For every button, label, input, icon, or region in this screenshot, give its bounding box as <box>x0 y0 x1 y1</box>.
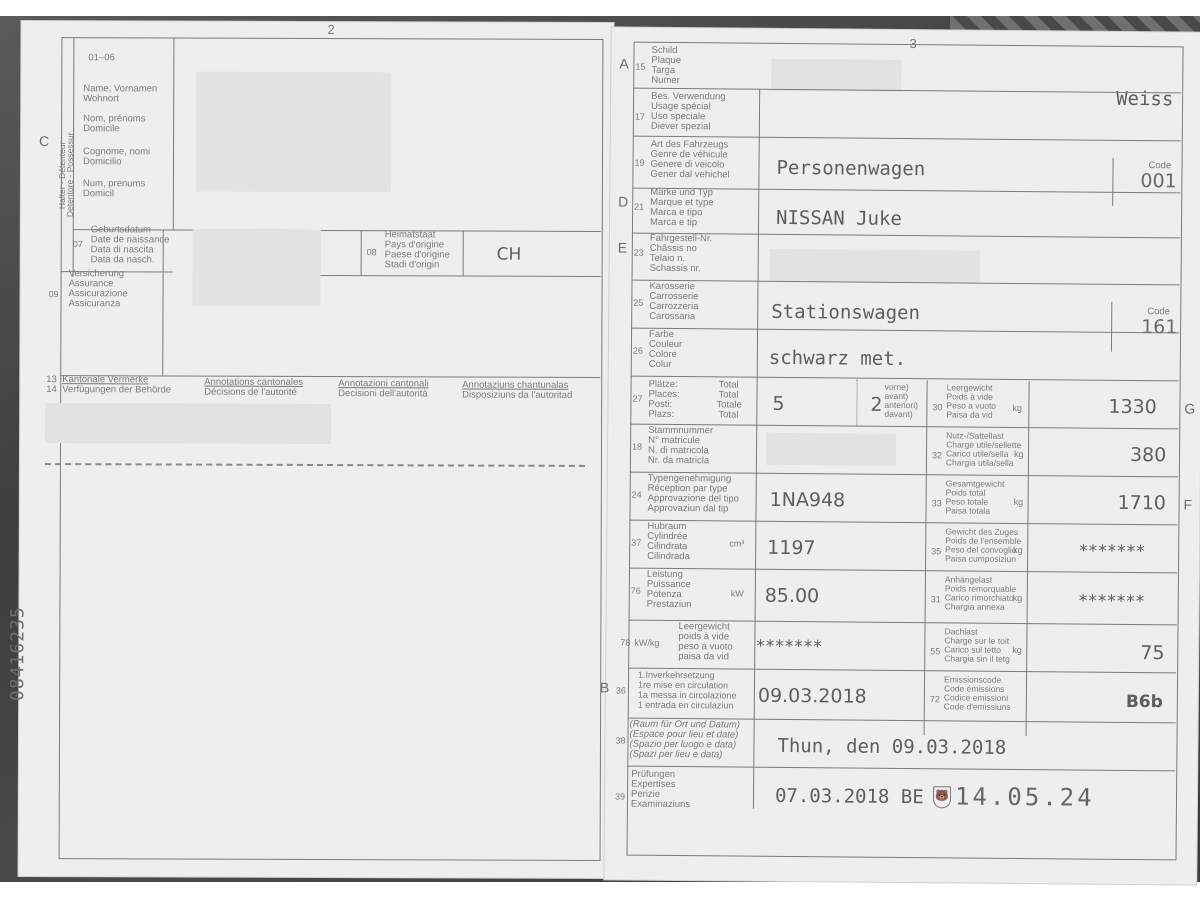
name-value-redacted <box>196 72 391 193</box>
chassis-number: 23 <box>634 248 644 258</box>
empty-weight-unit: kg <box>1012 403 1022 413</box>
seats-front-rm: davant) <box>884 409 912 420</box>
plate-value-redacted <box>771 59 901 92</box>
annotations-sub-fr: Décisions de l'autorité <box>204 388 297 399</box>
annotations-sub-it: Decisioni dell'autorità <box>338 389 428 400</box>
emission-code-value: B6b <box>1126 692 1163 712</box>
trailer-load-label-rm: Chargia annexa <box>945 601 1005 612</box>
empty-weight-number: 30 <box>932 402 942 412</box>
type-approval-label-rm: Approvaziun dal tip <box>647 504 728 515</box>
side-letter-g: G <box>1184 400 1195 416</box>
annotations-number-14: 14 <box>46 385 57 396</box>
total-weight-number: 33 <box>932 498 942 508</box>
divider <box>361 230 362 275</box>
origin-value: CH <box>497 245 522 265</box>
inspection-stamp-date: 14.05.24 <box>955 782 1095 811</box>
inspections-value: 07.03.2018 BE <box>775 785 924 808</box>
make-model-number: 21 <box>634 202 644 212</box>
page-number: 2 <box>327 22 334 37</box>
plate-label-rm: Numer <box>651 76 680 87</box>
seats-total-rm: Total <box>718 410 738 421</box>
birthdate-label-rm: Data da nasch. <box>91 255 155 266</box>
body-code: 161 <box>1141 316 1177 338</box>
type-approval-number: 24 <box>632 490 642 500</box>
displacement-value: 1197 <box>767 537 816 559</box>
trailer-load-value: ******* <box>1079 592 1146 613</box>
displacement-number: 37 <box>631 538 641 548</box>
section-letter-a: A <box>619 56 628 72</box>
name-label-it2: Domicilio <box>83 157 122 168</box>
total-weight-unit: kg <box>1014 497 1024 507</box>
place-date-value: Thun, den 09.03.2018 <box>777 735 1006 759</box>
bern-bear-stamp-icon: 🐻 <box>933 786 951 808</box>
serial-number: 08416235 <box>7 606 28 701</box>
birthdate-number: 07 <box>73 239 83 249</box>
side-letter-f: F <box>1184 496 1193 512</box>
first-registration-value: 09.03.2018 <box>758 685 867 708</box>
power-value: 85.00 <box>765 585 820 607</box>
origin-label-rm: Stadi d'origin <box>385 260 440 271</box>
trailer-load-unit: kg <box>1013 593 1023 603</box>
master-number-number: 18 <box>632 442 642 452</box>
make-model-value: NISSAN Juke <box>776 207 902 230</box>
power-number: 76 <box>631 586 641 596</box>
type-approval-value: 1NA948 <box>770 489 846 512</box>
body-value: Stationswagen <box>771 301 920 324</box>
section-letter-b: B <box>600 679 609 695</box>
power-label-rm: Prestaziun <box>647 600 692 611</box>
code-range: 01–06 <box>88 53 114 64</box>
origin-number: 08 <box>367 247 377 257</box>
inspections-label-rm: Examinaziuns <box>631 800 690 811</box>
insurance-label-rm: Assicuranza <box>68 299 120 310</box>
seats-value: 5 <box>772 393 784 415</box>
vehicle-type-label-rm: Gener dal vehichel <box>650 170 729 181</box>
holder-vertical-label-2: Detentore - Possessur <box>65 133 76 218</box>
empty-weight-value: 1330 <box>1108 396 1157 418</box>
trailer-load-number: 31 <box>931 594 941 604</box>
seats-front-value: 2 <box>870 394 882 416</box>
body-label-rm: Carossaria <box>649 312 695 323</box>
right-page: 3 A 15 Schild Plaque Targa Numer Weiss 1… <box>604 27 1200 884</box>
annotations-sub-rm: Disposiziuns da l'autoritad <box>462 391 572 402</box>
total-weight-label-rm: Paisa totala <box>945 505 990 516</box>
color-label-rm: Colur <box>649 360 672 371</box>
birthdate-value-redacted <box>193 230 321 306</box>
vehicle-type-code: 001 <box>1140 170 1176 192</box>
section-letter-c: C <box>39 133 49 149</box>
insurance-number: 09 <box>49 289 59 299</box>
seats-number: 27 <box>632 394 642 404</box>
combination-weight-number: 35 <box>931 546 941 556</box>
body-number: 25 <box>633 298 643 308</box>
make-model-label-rm: Marca e tip <box>650 218 697 229</box>
payload-value: 380 <box>1130 444 1166 466</box>
total-weight-value: 1710 <box>1118 492 1167 514</box>
name-label-fr2: Domicile <box>83 124 119 135</box>
payload-number: 32 <box>932 450 942 460</box>
payload-unit: kg <box>1014 449 1024 459</box>
chassis-label-rm: Schassis nr. <box>650 264 701 275</box>
combination-weight-unit: kg <box>1013 545 1023 555</box>
annotations-value-redacted <box>45 403 331 444</box>
master-number-value-redacted <box>766 433 896 466</box>
section-letter-e: E <box>618 239 627 255</box>
empty-weight-label-rm: Paisa da vid <box>946 409 992 420</box>
emission-code-number: 72 <box>930 694 940 704</box>
name-label-de2: Wohnort <box>83 94 119 105</box>
name-label-rm2: Domicil <box>83 189 114 200</box>
special-use-number: 17 <box>635 112 645 122</box>
displacement-unit: cm³ <box>729 538 744 548</box>
color-value: schwarz met. <box>769 347 906 370</box>
vehicle-type-value: Personenwagen <box>776 157 925 180</box>
roof-load-unit: kg <box>1012 645 1022 655</box>
combination-weight-label-rm: Paisa cumposiziun <box>945 553 1016 564</box>
payload-label-rm: Chargia utila/sella <box>946 457 1014 468</box>
plate-number: 15 <box>635 62 645 72</box>
annotations-sub-de: Verfügungen der Behörde <box>62 385 171 396</box>
roof-load-value: 75 <box>1140 642 1164 664</box>
seats-label-rm: Plazs: <box>648 410 674 421</box>
section-letter-d: D <box>618 193 628 209</box>
place-date-number: 38 <box>615 735 625 745</box>
power-ratio-number: 78 <box>620 638 630 649</box>
roof-load-label-rm: Chargia sin il tetg <box>944 653 1010 664</box>
chassis-value-redacted <box>770 249 980 283</box>
divider <box>463 231 464 276</box>
roof-load-number: 55 <box>930 646 940 656</box>
power-ratio-value: ******* <box>756 637 823 658</box>
special-use-label-rm: Diever spezial <box>651 122 711 133</box>
combination-weight-value: ******* <box>1079 542 1146 563</box>
first-registration-number: 36 <box>616 685 626 695</box>
inspections-number: 39 <box>615 791 625 801</box>
vehicle-type-number: 19 <box>635 158 645 168</box>
master-number-label-rm: Nr. da matricla <box>648 456 709 467</box>
first-registration-label-rm: 1 entrada en circulaziun <box>638 700 734 711</box>
left-page: 2 C Halter - Détenteur Detentore - Posse… <box>19 21 614 878</box>
color-number: 26 <box>633 346 643 356</box>
emission-code-label-rm: Code d'emissiuns <box>944 701 1011 712</box>
power-ratio-label-rm: paisa da vid <box>678 652 729 663</box>
power-unit: kW <box>731 588 744 598</box>
displacement-label-rm: Cilindrada <box>647 552 690 563</box>
power-ratio-unit: kW/kg <box>634 638 659 649</box>
place-date-label-rm: (Spazi per lieu e data) <box>629 750 722 761</box>
